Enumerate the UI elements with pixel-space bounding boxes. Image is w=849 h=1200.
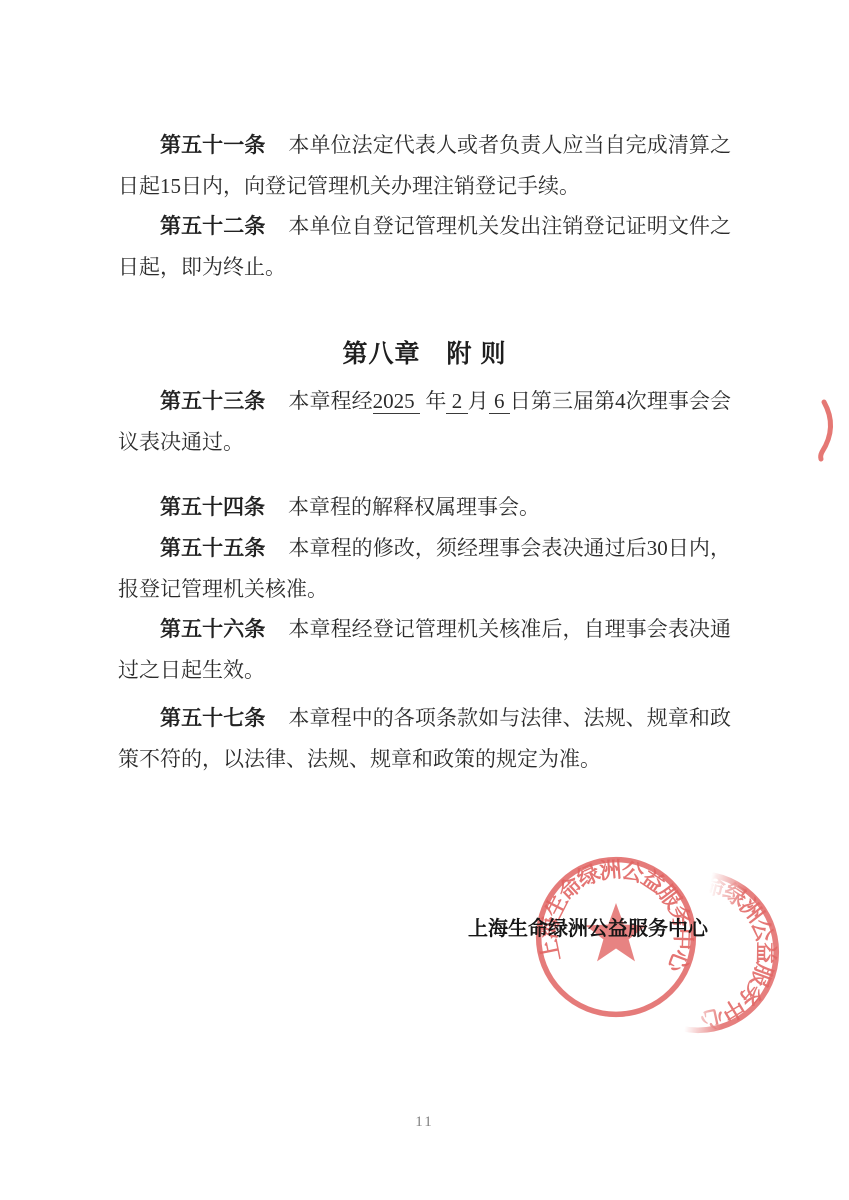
article-52-number: 第五十二条 [160, 215, 265, 238]
article-53-text-2: 年 [420, 389, 446, 413]
signature-org-name: 上海生命绿洲公益服务中心 [468, 912, 708, 941]
chapter-heading: 第八章 附 则 [118, 334, 731, 374]
red-pen-mark [808, 396, 849, 466]
article-55: 第五十五条本章程的修改，须经理事会表决通过后30日内，报登记管理机关核准。 [118, 528, 731, 609]
article-53-text-3: 月 [468, 389, 489, 413]
article-52: 第五十二条本单位自登记管理机关发出注销登记证明文件之日起，即为终止。 [118, 206, 731, 287]
document-body: 第五十一条本单位法定代表人或者负责人应当自完成清算之日起15日内，向登记管理机关… [118, 125, 731, 779]
article-55-number: 第五十五条 [160, 537, 265, 560]
article-57: 第五十七条本章程中的各项条款如与法律、法规、规章和政策不符的，以法律、法规、规章… [118, 698, 731, 779]
article-51-number: 第五十一条 [160, 134, 265, 157]
article-54-text: 本章程的解释权属理事会。 [288, 495, 540, 519]
document-page: 第五十一条本单位法定代表人或者负责人应当自完成清算之日起15日内，向登记管理机关… [0, 0, 849, 1200]
article-53-year-blank: 2025 [373, 389, 420, 414]
article-57-number: 第五十七条 [160, 707, 265, 730]
page-number: 11 [0, 1114, 849, 1131]
article-54-number: 第五十四条 [160, 496, 265, 519]
article-53-text-1: 本章程经 [288, 389, 372, 413]
article-56-number: 第五十六条 [160, 618, 265, 641]
article-54: 第五十四条本章程的解释权属理事会。 [118, 487, 731, 528]
article-53-number: 第五十三条 [160, 390, 265, 413]
article-53: 第五十三条本章程经2025 年 2 月 6 日第三届第4次理事会会议表决通过。 [118, 381, 731, 462]
article-51: 第五十一条本单位法定代表人或者负责人应当自完成清算之日起15日内，向登记管理机关… [118, 125, 731, 206]
article-56: 第五十六条本章程经登记管理机关核准后，自理事会表决通过之日起生效。 [118, 609, 731, 690]
article-53-month-blank: 2 [446, 389, 467, 414]
article-53-day-blank: 6 [489, 389, 510, 414]
